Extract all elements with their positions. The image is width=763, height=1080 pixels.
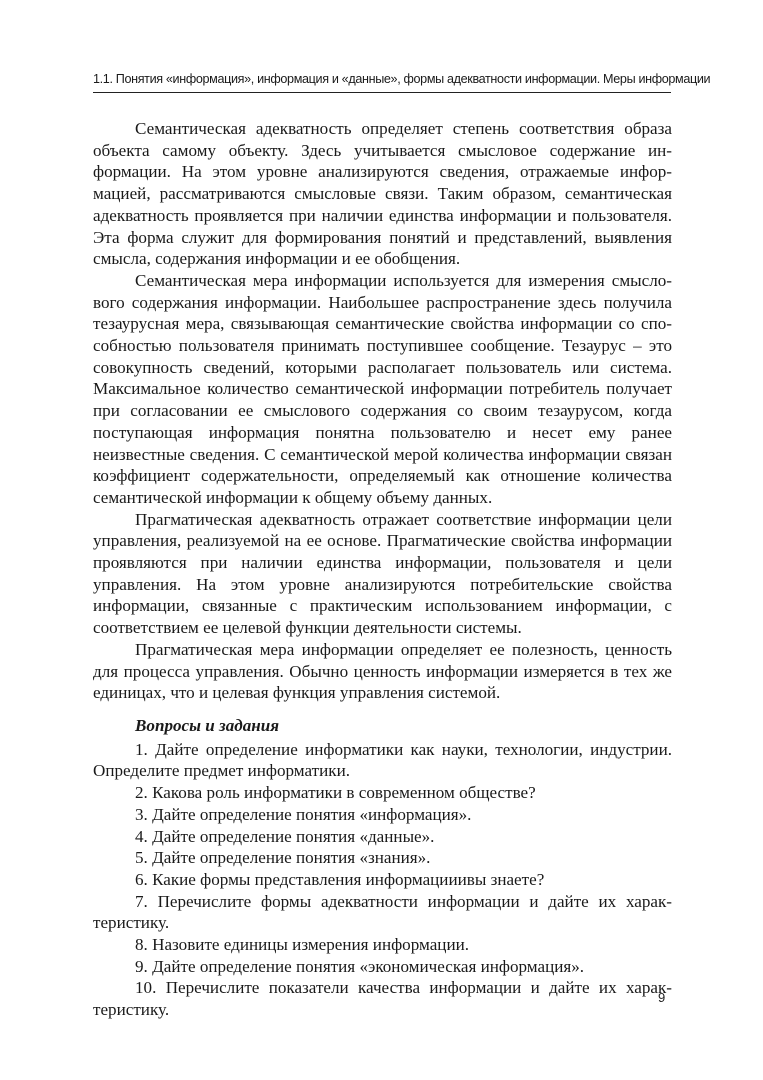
paragraph-semantic-adequacy: Семантическая адекватность определяет ст… [93,118,672,270]
paragraph-semantic-measure: Семантическая мера информации использует… [93,270,672,509]
page-number: 9 [658,990,665,1005]
question-item: 4. Дайте определение понятия «данные». [93,826,672,848]
question-item: 3. Дайте определение понятия «информация… [93,804,672,826]
questions-list: 1. Дайте определение информатики как нау… [93,739,672,1021]
question-item: 2. Какова роль информатики в современном… [93,782,672,804]
questions-heading: Вопросы и задания [93,715,672,737]
paragraph-pragmatic-adequacy: Прагматическая адекватность отражает соо… [93,509,672,639]
question-item: 5. Дайте определение понятия «знания». [93,847,672,869]
question-item: 1. Дайте определение информатики как нау… [93,739,672,782]
question-item: 10. Перечислите показатели качества инфо… [93,977,672,1020]
page-body: Семантическая адекватность определяет ст… [93,118,672,1021]
question-item: 6. Какие формы представления информациии… [93,869,672,891]
question-item: 7. Перечислите формы адекватности информ… [93,891,672,934]
question-item: 9. Дайте определение понятия «экономичес… [93,956,672,978]
running-header: 1.1. Понятия «информация», информация и … [93,70,671,93]
paragraph-pragmatic-measure: Прагматическая мера информации определяе… [93,639,672,704]
question-item: 8. Назовите единицы измерения информации… [93,934,672,956]
